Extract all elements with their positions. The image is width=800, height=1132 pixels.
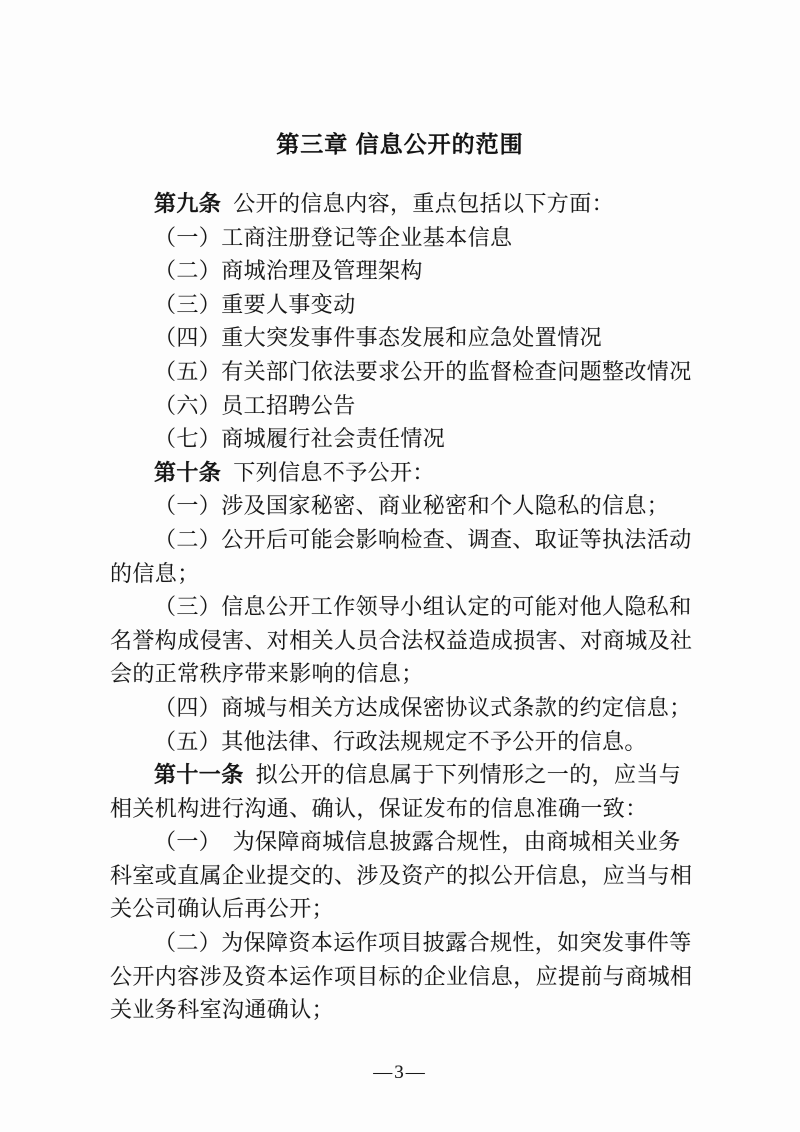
line-text: 拟公开的信息属于下列情形之一的，应当与 [256,762,682,787]
line-text: （三）重要人事变动 [154,292,356,317]
article-number-label: 第十一条 [154,762,244,787]
line-text: （四）重大突发事件事态发展和应急处置情况 [154,325,602,350]
line-text: 公开内容涉及资本运作项目标的企业信息，应提前与商城相 [110,964,692,989]
line-text: 下列信息不予公开： [233,460,435,485]
document-line: 第十一条拟公开的信息属于下列情形之一的，应当与 [110,758,696,792]
document-line: 关业务科室沟通确认； [110,993,696,1027]
line-text: 关公司确认后再公开； [110,896,334,921]
line-text: （七）商城履行社会责任情况 [154,426,445,451]
chapter-title: 第三章 信息公开的范围 [0,126,800,159]
line-text: （三）信息公开工作领导小组认定的可能对他人隐私和 [154,594,692,619]
line-text: （二）为保障资本运作项目披露合规性，如突发事件等 [154,930,692,955]
line-text: 的信息； [110,561,200,586]
document-line: 相关机构进行沟通、确认，保证发布的信息准确一致： [110,792,696,826]
document-line: （一） 为保障商城信息披露合规性，由商城相关业务 [110,825,696,859]
line-text: （六）员工招聘公告 [154,393,356,418]
document-line: （二）为保障资本运作项目披露合规性，如突发事件等 [110,926,696,960]
document-line: （五）有关部门依法要求公开的监督检查问题整改情况 [110,355,696,389]
document-line: 的信息； [110,557,696,591]
article-number-label: 第九条 [154,191,221,216]
document-line: （五）其他法律、行政法规规定不予公开的信息。 [110,725,696,759]
document-line: （三）重要人事变动 [110,288,696,322]
line-text: 科室或直属企业提交的、涉及资产的拟公开信息，应当与相 [110,863,692,888]
line-text: （二）商城治理及管理架构 [154,258,423,283]
line-text: 相关机构进行沟通、确认，保证发布的信息准确一致： [110,796,648,821]
line-text: （二）公开后可能会影响检查、调查、取证等执法活动 [154,527,692,552]
document-line: 关公司确认后再公开； [110,892,696,926]
document-body: 第九条公开的信息内容，重点包括以下方面： （一）工商注册登记等企业基本信息 （二… [110,187,696,1027]
document-line: （六）员工招聘公告 [110,389,696,423]
line-text: （五）有关部门依法要求公开的监督检查问题整改情况 [154,359,692,384]
document-line: 名誉构成侵害、对相关人员合法权益造成损害、对商城及社 [110,624,696,658]
line-text: 名誉构成侵害、对相关人员合法权益造成损害、对商城及社 [110,628,692,653]
document-page: 第三章 信息公开的范围 第九条公开的信息内容，重点包括以下方面： （一）工商注册… [0,0,800,1132]
page-number: —3— [0,1062,800,1084]
line-text: （五）其他法律、行政法规规定不予公开的信息。 [154,729,647,754]
document-line: （二）公开后可能会影响检查、调查、取证等执法活动 [110,523,696,557]
document-line: （一）涉及国家秘密、商业秘密和个人隐私的信息； [110,489,696,523]
document-line: （四）重大突发事件事态发展和应急处置情况 [110,321,696,355]
document-line: 科室或直属企业提交的、涉及资产的拟公开信息，应当与相 [110,859,696,893]
document-line: （三）信息公开工作领导小组认定的可能对他人隐私和 [110,590,696,624]
document-line: 第九条公开的信息内容，重点包括以下方面： [110,187,696,221]
document-line: （一）工商注册登记等企业基本信息 [110,221,696,255]
line-text: 公开的信息内容，重点包括以下方面： [233,191,614,216]
line-text: 关业务科室沟通确认； [110,997,334,1022]
document-line: 公开内容涉及资本运作项目标的企业信息，应提前与商城相 [110,960,696,994]
document-line: （七）商城履行社会责任情况 [110,422,696,456]
line-text: （一） 为保障商城信息披露合规性，由商城相关业务 [154,829,681,854]
document-line: （四）商城与相关方达成保密协议式条款的约定信息； [110,691,696,725]
document-line: （二）商城治理及管理架构 [110,254,696,288]
document-line: 第十条下列信息不予公开： [110,456,696,490]
line-text: （一）工商注册登记等企业基本信息 [154,225,512,250]
line-text: （四）商城与相关方达成保密协议式条款的约定信息； [154,695,692,720]
document-line: 会的正常秩序带来影响的信息； [110,657,696,691]
line-text: （一）涉及国家秘密、商业秘密和个人隐私的信息； [154,493,669,518]
line-text: 会的正常秩序带来影响的信息； [110,661,424,686]
article-number-label: 第十条 [154,460,221,485]
